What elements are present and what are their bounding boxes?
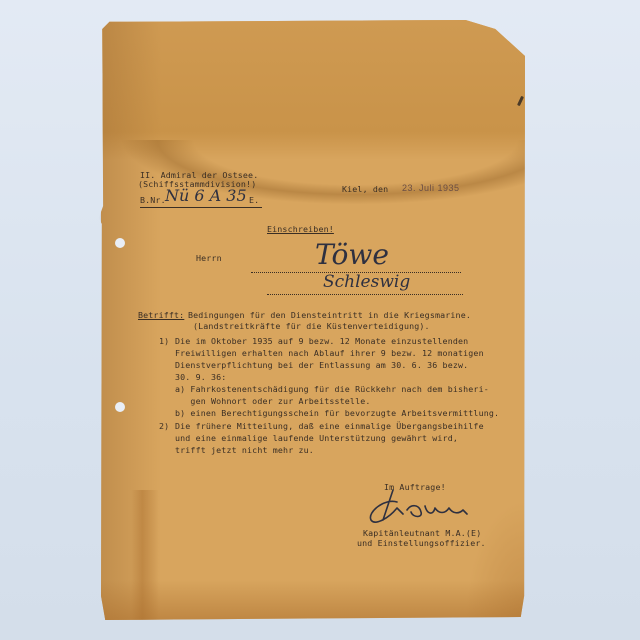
recipient-salutation: Herrn [196,253,222,264]
aged-letter-paper: II. Admiral der Ostsee. (Schiffsstammdiv… [101,20,525,620]
item-1-line-2: Freiwilligen erhalten nach Ablauf ihrer … [175,348,484,359]
reference-underline [140,207,262,208]
item-2-line-2: und eine einmalige laufende Unterstützun… [175,433,458,444]
water-drip-stain [131,490,159,620]
item-1a-line-1: a) Fahrkostenentschädigung für die Rückk… [175,384,489,395]
subject-line-1: Bedingungen für den Diensteintritt in di… [188,310,471,321]
item-2-number: 2) [159,421,169,432]
recipient-place-handwritten: Schleswig [323,272,410,292]
punch-hole-icon [115,238,125,248]
signature-icon [363,488,493,528]
item-1b-line-1: b) einen Berechtigungsschein für bevorzu… [175,408,499,419]
reference-prefix: B.Nr. [140,195,166,206]
staple-icon [517,96,524,106]
subject-label: Betrifft: [138,310,184,321]
date-stamp: 23. Juli 1935 [402,183,460,193]
reference-number-handwritten: Nü 6 A 35 [165,186,247,205]
item-1-line-1: Die im Oktober 1935 auf 9 bezw. 12 Monat… [175,336,468,347]
recipient-name-handwritten: Töwe [315,238,389,271]
signatory-title-line-2: und Einstellungsoffizier. [357,538,486,549]
item-1-line-4: 30. 9. 36: [175,372,226,383]
item-1-number: 1) [159,336,169,347]
photo-scene: II. Admiral der Ostsee. (Schiffsstammdiv… [0,0,640,640]
water-stain-top [101,20,525,160]
punch-hole-icon [115,402,125,412]
item-2-line-1: Die frühere Mitteilung, daß eine einmali… [175,421,484,432]
item-2-line-3: trifft jetzt nicht mehr zu. [175,445,314,456]
water-stain-bottom [101,580,525,620]
place-date-label: Kiel, den [342,184,388,195]
item-1a-line-2: gen Wohnort oder zur Arbeitsstelle. [175,396,371,407]
reference-suffix: E. [249,195,259,206]
subject-line-2: (Landstreitkräfte für die Küstenverteidi… [193,321,430,332]
registered-mail-note: Einschreiben! [267,224,334,235]
item-1-line-3: Dienstverpflichtung bei der Entlassung a… [175,360,468,371]
recipient-place-line [267,294,463,295]
